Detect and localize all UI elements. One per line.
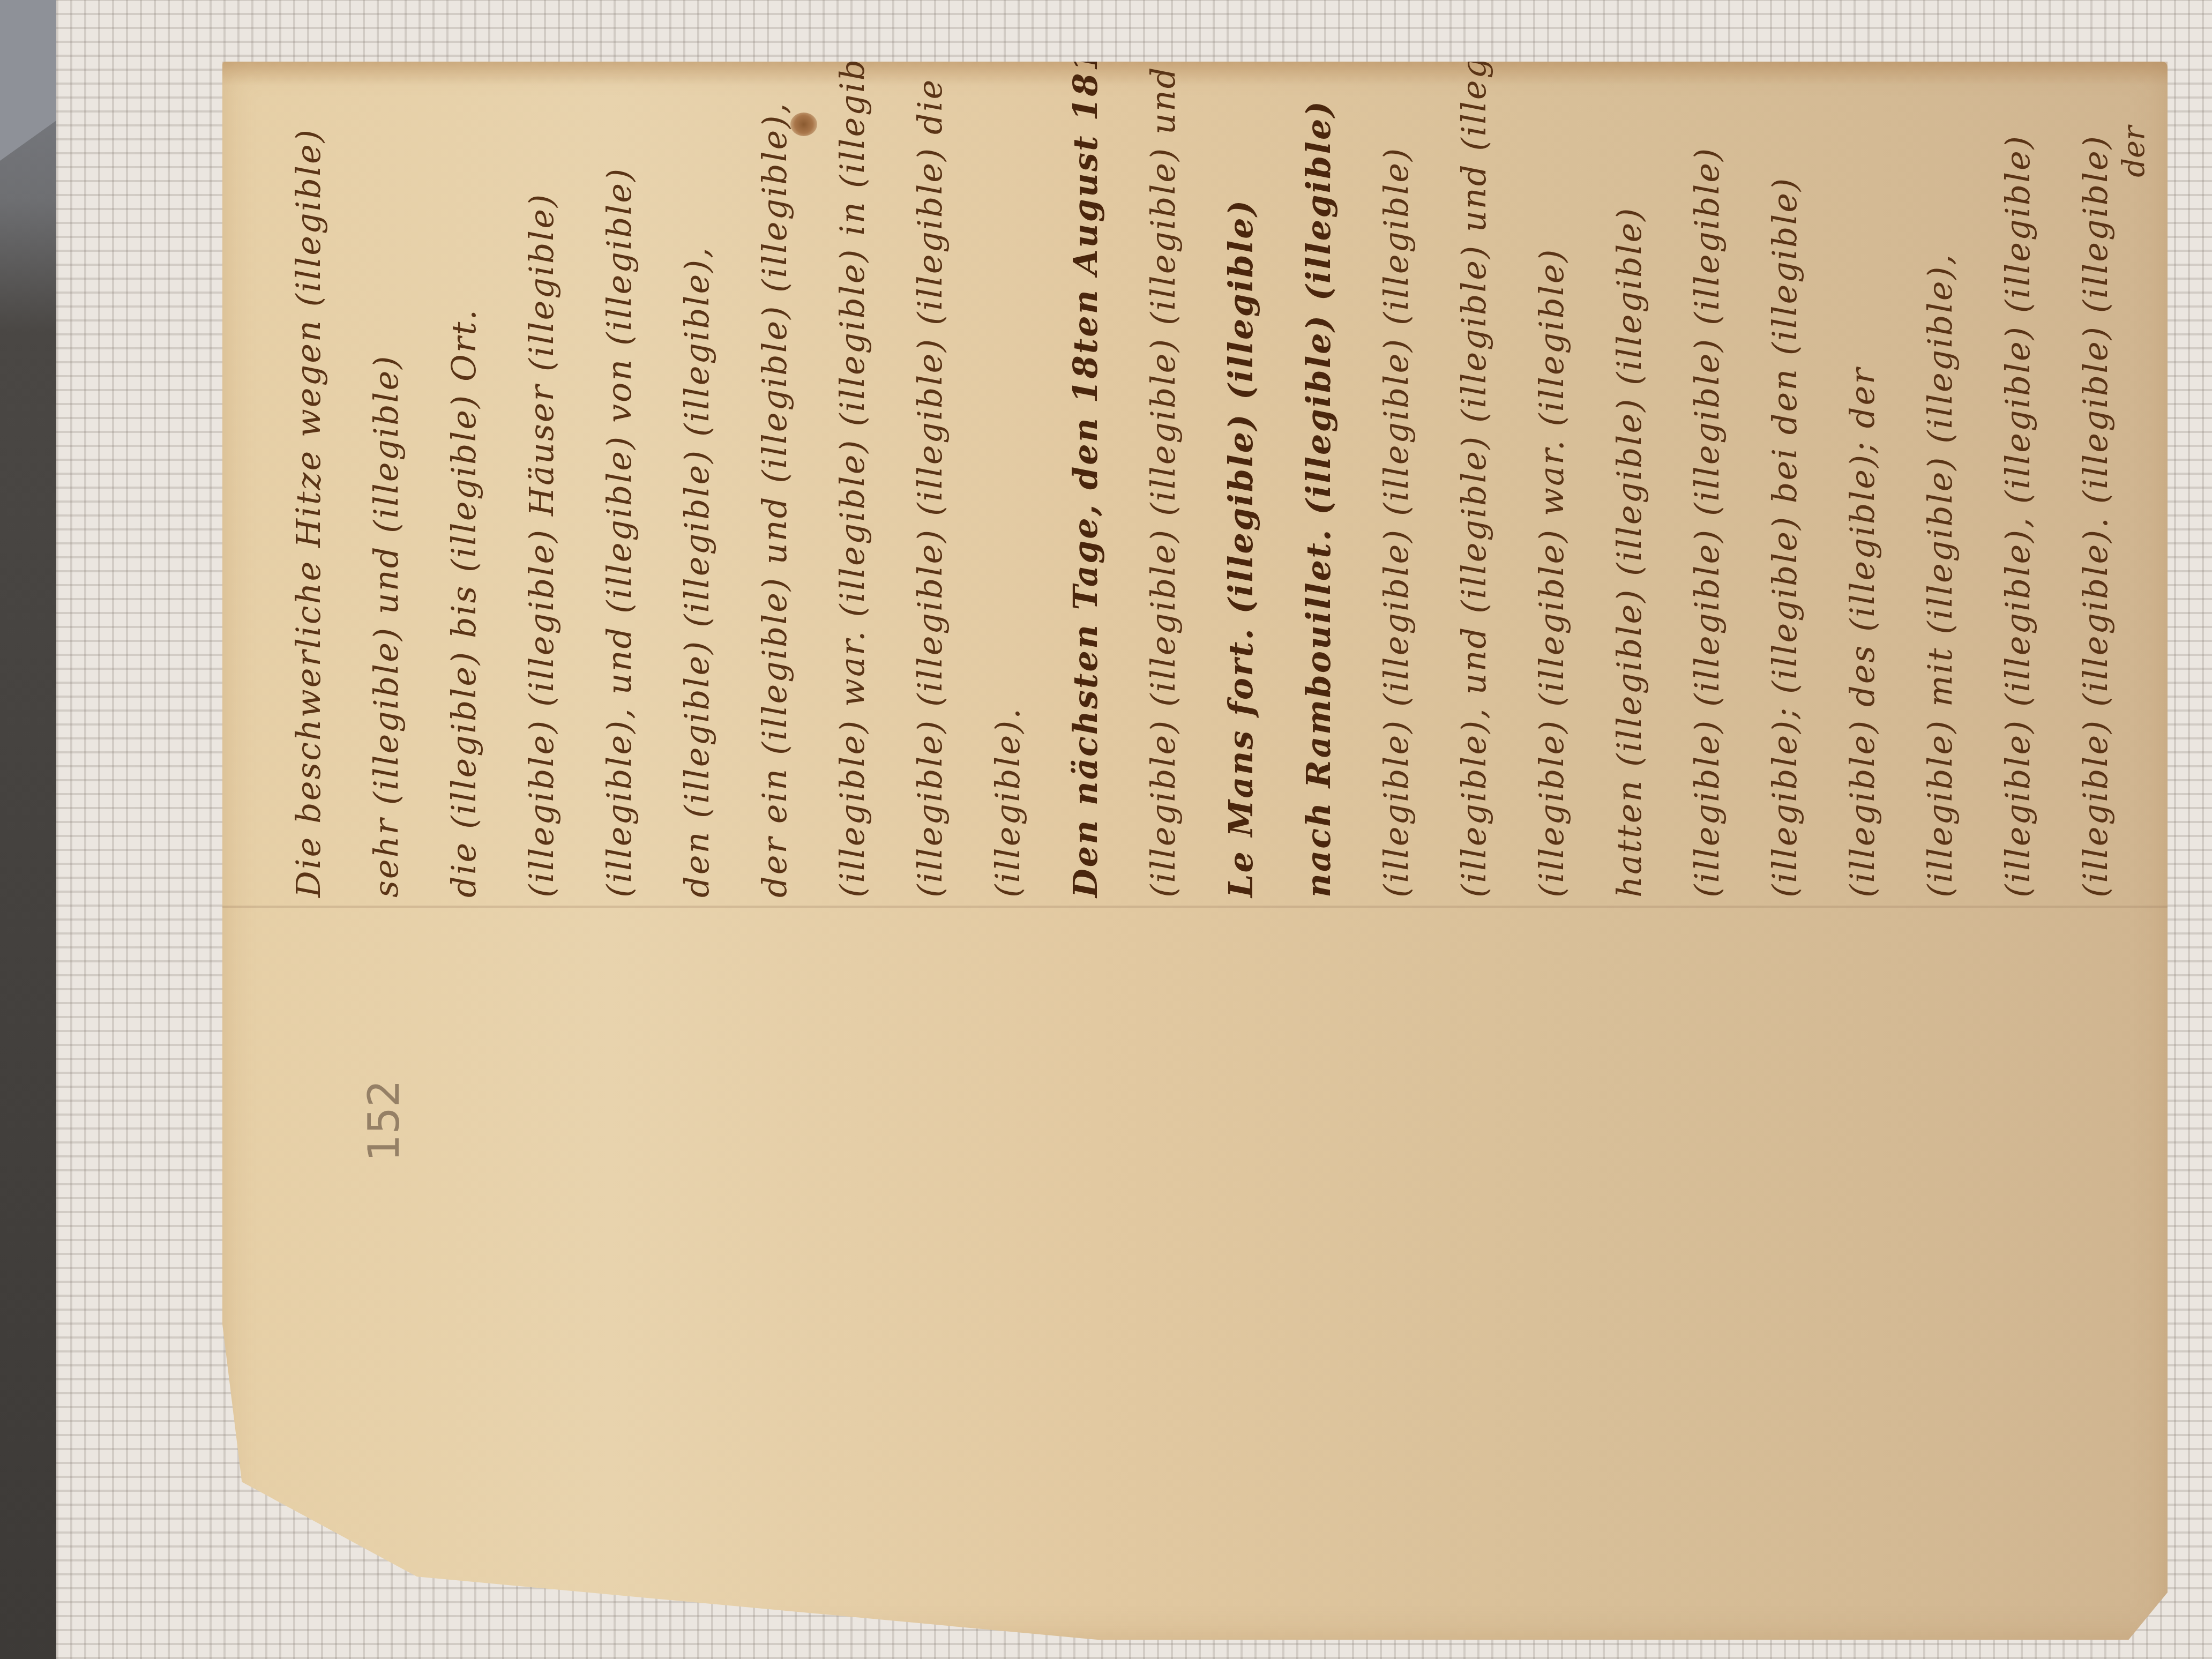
text-line: Die beschwerliche Hitze wegen (illegible… xyxy=(292,94,325,898)
text-line: die (illegible) bis (illegible) Ort. xyxy=(447,94,481,898)
date-line: Den nächsten Tage, den 18ten August 1815… xyxy=(1069,94,1102,898)
text-line: der ein (illegible) und (illegible) (ill… xyxy=(758,94,791,898)
text-line: (illegible), und (illegible) von (illegi… xyxy=(603,94,636,898)
text-line: hatten (illegible) (illegible) (illegibl… xyxy=(1613,94,1646,898)
text-line: (illegible) (illegible) (illegible) (ill… xyxy=(1380,94,1413,898)
dark-backdrop xyxy=(0,0,59,1659)
text-line: (illegible) (illegible) (illegible) (ill… xyxy=(1147,94,1180,898)
archive-number: 152 xyxy=(359,1080,409,1162)
text-line: (illegible) war. (illegible) (illegible)… xyxy=(836,94,869,898)
text-line: den (illegible) (illegible) (illegible), xyxy=(681,94,714,898)
worn-top-edge xyxy=(222,62,2168,86)
text-line: (illegible) (illegible), (illegible) (il… xyxy=(2001,94,2035,898)
text-line: (illegible) des (illegible); der xyxy=(1846,94,1879,898)
catchword: der xyxy=(2117,126,2151,177)
text-line: (illegible) mit (illegible) (illegible), xyxy=(1924,94,1957,898)
text-line: (illegible) (illegible). (illegible) (il… xyxy=(2079,94,2112,898)
text-line: (illegible), und (illegible) (illegible)… xyxy=(1458,94,1491,898)
text-line: (illegible) (illegible) war. (illegible) xyxy=(1535,94,1568,898)
paper-scrap xyxy=(0,0,56,161)
letter-page: Die beschwerliche Hitze wegen (illegible… xyxy=(222,62,2168,1640)
text-line: (illegible) (illegible) (illegible) (ill… xyxy=(1691,94,1724,898)
text-line: (illegible); (illegible) bei den (illegi… xyxy=(1768,94,1802,898)
text-line-le-mans: Le Mans fort. (illegible) (illegible) xyxy=(1224,94,1258,898)
text-line: sehr (illegible) und (illegible) xyxy=(370,94,403,898)
handwritten-text: Die beschwerliche Hitze wegen (illegible… xyxy=(292,94,2135,908)
text-line: (illegible) (illegible) (illegible) (ill… xyxy=(914,94,947,898)
text-line-rambouillet: nach Rambouillet. (illegible) (illegible… xyxy=(1302,94,1335,898)
text-line: (illegible) (illegible) Häuser (illegibl… xyxy=(525,94,558,898)
text-line: (illegible). xyxy=(991,94,1025,898)
